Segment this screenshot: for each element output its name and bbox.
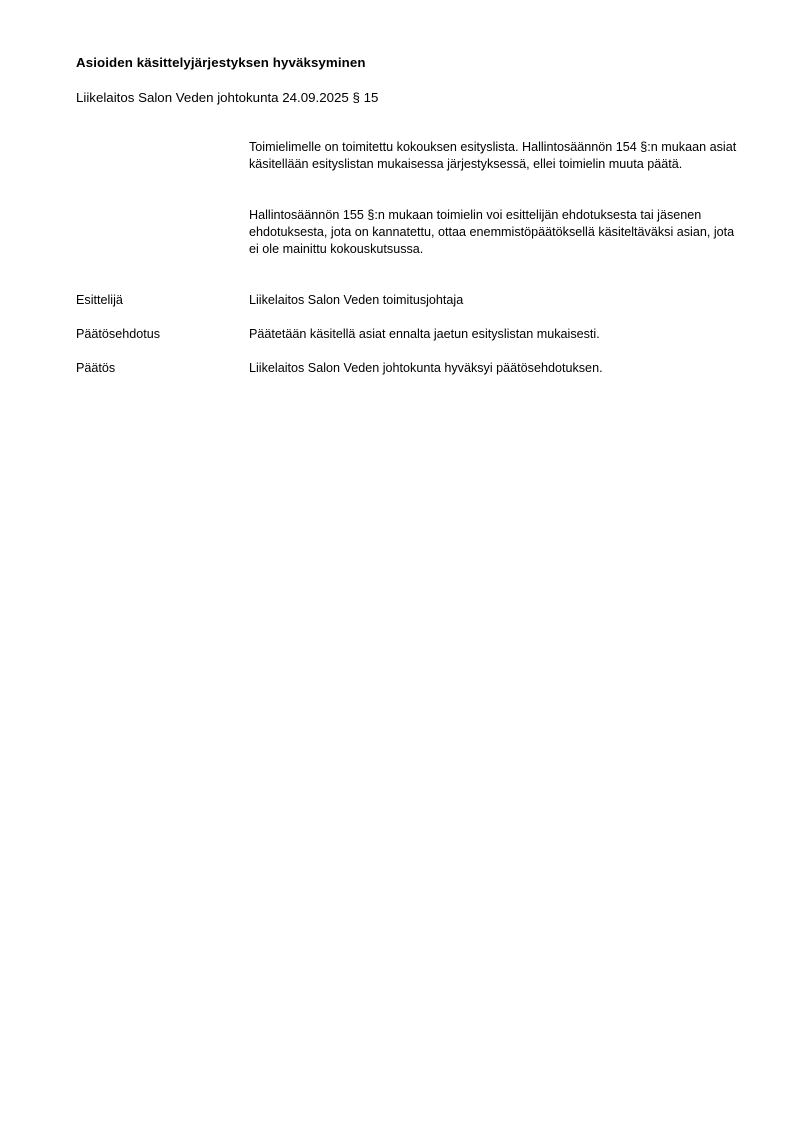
field-value: Liikelaitos Salon Veden toimitusjohtaja — [249, 292, 463, 309]
document-page: Asioiden käsittelyjärjestyksen hyväksymi… — [0, 0, 794, 1122]
document-title: Asioiden käsittelyjärjestyksen hyväksymi… — [76, 55, 366, 70]
meeting-reference: Liikelaitos Salon Veden johtokunta 24.09… — [76, 90, 378, 105]
body-paragraph: Hallintosäännön 155 §:n mukaan toimielin… — [249, 207, 739, 259]
field-label: Päätös — [76, 360, 115, 377]
field-value: Päätetään käsitellä asiat ennalta jaetun… — [249, 326, 600, 343]
body-paragraph: Toimielimelle on toimitettu kokouksen es… — [249, 139, 739, 173]
field-label: Esittelijä — [76, 292, 123, 309]
field-label: Päätösehdotus — [76, 326, 160, 343]
field-value: Liikelaitos Salon Veden johtokunta hyväk… — [249, 360, 603, 377]
